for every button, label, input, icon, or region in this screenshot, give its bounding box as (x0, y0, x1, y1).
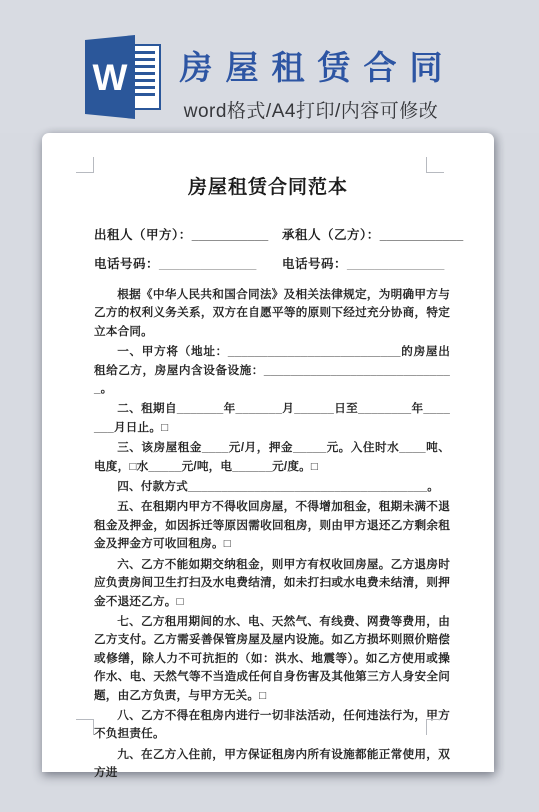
contract-body: 根据《中华人民共和国合同法》及相关法律规定，为明确甲方与乙方的权利义务关系，双方… (94, 286, 450, 783)
banner-text-block: 房屋租赁合同 word格式/A4打印/内容可修改 (160, 42, 462, 123)
lessee-blank-line: ____________ (380, 228, 463, 242)
lessor-blank-line: ___________ (192, 228, 268, 242)
word-logo-cover: W (85, 35, 135, 119)
contract-paragraph: 根据《中华人民共和国合同法》及相关法律规定，为明确甲方与乙方的权利义务关系，双方… (94, 286, 450, 341)
promo-banner: W 房屋租赁合同 word格式/A4打印/内容可修改 (0, 0, 539, 133)
lessor-field: 出租人（甲方）：___________ (94, 225, 282, 243)
margin-crop-mark-top-right (426, 157, 444, 173)
word-logo-icon: W (85, 35, 161, 119)
contract-paragraph: 六、乙方不能如期交纳租金，则甲方有权收回房屋。乙方退房时应负责房间卫生打扫及水电… (94, 556, 450, 611)
lessee-phone-blank-line: ______________ (347, 257, 444, 271)
lessor-phone-blank-line: ______________ (159, 257, 256, 271)
margin-crop-mark-top-left (76, 157, 94, 173)
margin-crop-mark-bottom-right (426, 719, 444, 735)
lessor-label: 出租人（甲方）： (94, 228, 192, 242)
lessor-phone-label: 电话号码： (94, 257, 159, 271)
contract-paragraph: 一、甲方将（地址：__________________________的房屋出租… (94, 343, 450, 398)
lessee-field: 承租人（乙方）：____________ (282, 225, 463, 243)
contract-paragraph: 七、乙方租用期间的水、电、天然气、有线费、网费等费用，由乙方支付。乙方需妥善保管… (94, 613, 450, 705)
parties-fields: 出租人（甲方）：___________ 承租人（乙方）：____________… (94, 225, 450, 272)
banner-title: 房屋租赁合同 (160, 42, 462, 89)
contract-paragraph: 四、付款方式__________________________________… (94, 478, 450, 496)
word-template-preview: { "banner": { "logo_letter": "W", "title… (0, 0, 539, 812)
contract-paragraph: 八、乙方不得在租房内进行一切非法活动，任何违法行为，甲方不负担责任。 (94, 707, 450, 744)
contract-paragraph: 二、租期自_______年_______月______日至________年__… (94, 400, 450, 437)
banner-subtitle: word格式/A4打印/内容可修改 (160, 96, 462, 123)
word-logo-letter: W (93, 59, 128, 96)
lessor-phone-field: 电话号码：______________ (94, 254, 282, 272)
document-page: 房屋租赁合同范本 出租人（甲方）：___________ 承租人（乙方）：___… (42, 133, 494, 772)
lessee-phone-field: 电话号码：______________ (282, 254, 463, 272)
margin-crop-mark-bottom-left (76, 719, 94, 735)
contract-paragraph: 九、在乙方入住前，甲方保证租房内所有设施都能正常使用，双方进 (94, 746, 450, 783)
contract-paragraph: 五、在租期内甲方不得收回房屋，不得增加租金，租期未满不退租金及押金，如因拆迁等原… (94, 498, 450, 553)
lessee-phone-label: 电话号码： (282, 257, 347, 271)
contract-paragraph: 三、该房屋租金____元/月，押金_____元。入住时水____吨、电度，□水_… (94, 439, 450, 476)
lessee-label: 承租人（乙方）： (282, 228, 380, 242)
